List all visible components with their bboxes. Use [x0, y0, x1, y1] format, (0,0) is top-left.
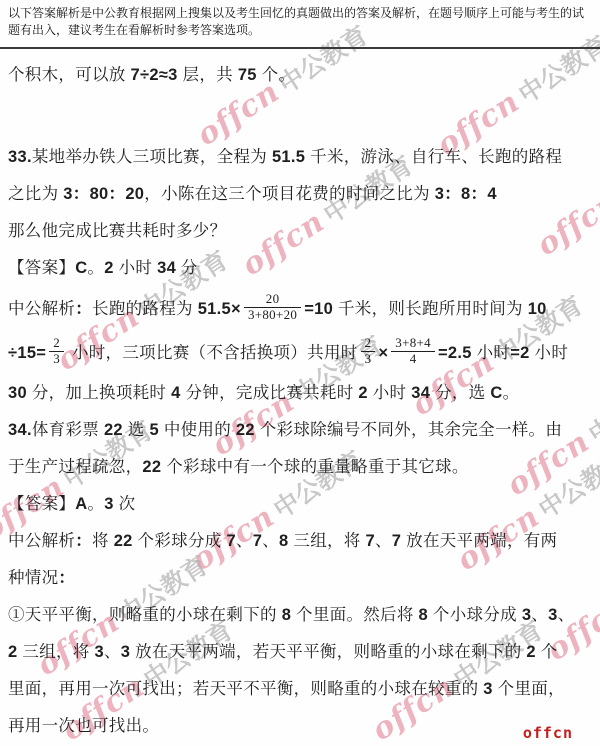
text-run: 个里面。然后将 — [291, 606, 418, 624]
header-notice: 以下答案解析是中公教育根据网上搜集以及考生回忆的真题做出的答案及解析，在题号顺序… — [0, 0, 600, 47]
text-run: 。 — [87, 495, 104, 513]
emphasized-number: 2 — [104, 259, 113, 277]
emphasized-number: 22 — [236, 421, 255, 439]
emphasized-number: 3 — [121, 643, 130, 661]
text-run: 千米，则长跑所用时间为 — [333, 300, 528, 318]
fraction-numerator: 3+8+4 — [391, 336, 435, 352]
emphasized-number: 3 — [94, 643, 103, 661]
text-run: 层，共 — [178, 66, 238, 84]
text-line: 再用一次也可找出。 — [8, 708, 592, 745]
emphasized-number: 2 — [358, 384, 367, 402]
emphasized-number: =10 — [304, 300, 333, 318]
text-run: 体育彩票 — [32, 421, 104, 439]
exam-answer-page: offcn中公教育offcn中公教育offcn中公教育offcn中公教育offc… — [0, 0, 600, 746]
emphasized-number: =2 — [510, 344, 529, 362]
emphasized-number: 34 — [411, 384, 430, 402]
text-line: 中公解析：长跑的路程为 51.5×203+80+20=10 千米，则长跑所用时间… — [8, 287, 592, 331]
fraction-denominator: 3 — [361, 352, 376, 367]
emphasized-number: 7 — [253, 532, 262, 550]
text-run: 中使用的 — [159, 421, 236, 439]
emphasized-number: 3 — [483, 680, 492, 698]
fraction-denominator: 3+80+20 — [244, 308, 301, 323]
text-line: 个积木，可以放 7÷2≈3 层，共 75 个。 — [8, 57, 592, 94]
emphasized-number: 10 — [528, 300, 547, 318]
text-run: 千米，游泳、自行车、长跑的路程 — [305, 148, 562, 166]
text-run: 分钟，完成比赛共耗时 — [181, 384, 359, 402]
text-run: 选 — [123, 421, 150, 439]
text-run: 次 — [114, 495, 136, 513]
text-run: 、 — [558, 606, 575, 624]
text-run: 放在天平两端，有两 — [401, 532, 557, 550]
text-run: 小时，三项比赛（不含括换项）共用时 — [67, 344, 357, 362]
text-line: 30 分，加上换项耗时 4 分钟，完成比赛共耗时 2 小时 34 分，选 C。 — [8, 375, 592, 412]
emphasized-number: 3：8：4 — [435, 185, 497, 203]
emphasized-number: 7 — [226, 532, 235, 550]
emphasized-number: 22 — [114, 532, 133, 550]
emphasized-number: 4 — [171, 384, 180, 402]
emphasized-number: C — [490, 384, 502, 402]
emphasized-number: 2 — [526, 643, 535, 661]
text-run: 小时 — [368, 384, 411, 402]
fraction-numerator: 2 — [49, 336, 64, 352]
emphasized-number: 33. — [8, 148, 32, 166]
text-run: 于生产过程疏忽， — [8, 458, 142, 476]
emphasized-number: 22 — [142, 458, 161, 476]
emphasized-number: ： — [58, 569, 75, 587]
text-run: 。 — [87, 259, 104, 277]
fraction-numerator: 2 — [361, 336, 376, 352]
emphasized-number: ： — [75, 300, 92, 318]
fraction-denominator: 3 — [49, 352, 64, 367]
emphasized-number: 3 — [548, 606, 557, 624]
text-run: 个彩球除编号不同外，其余完全一样。由 — [255, 421, 562, 439]
text-run: 、 — [104, 643, 121, 661]
text-line: ÷15=23 小时，三项比赛（不含括换项）共用时23×3+8+44=2.5 小时… — [8, 331, 592, 375]
text-line: 那么他完成比赛共耗时多少？ — [8, 213, 592, 250]
text-run: 某地举办铁人三项比赛，全程为 — [32, 148, 272, 166]
text-line: 【答案】A。3 次 — [8, 486, 592, 523]
emphasized-number: 34. — [8, 421, 32, 439]
text-run: 三组，将 — [17, 643, 94, 661]
text-run: 、 — [531, 606, 548, 624]
text-run: ①天平平衡，则略重的小球在剩下的 — [8, 606, 282, 624]
text-run: 中公解析 — [8, 300, 75, 318]
text-run: 分，选 — [430, 384, 490, 402]
emphasized-number: ： — [75, 532, 92, 550]
text-line: 于生产过程疏忽，22 个彩球中有一个球的重量略重于其它球。 — [8, 449, 592, 486]
footer-brand-logo: offcn — [523, 724, 573, 742]
fraction: 203+80+20 — [244, 292, 301, 323]
fraction-denominator: 4 — [391, 352, 435, 367]
text-line: 之比为 3：80：20，小陈在这三个项目花费的时间之比为 3：8：4 — [8, 176, 592, 213]
fraction: 23 — [49, 336, 64, 367]
text-line: 33.某地举办铁人三项比赛，全程为 51.5 千米，游泳、自行车、长跑的路程 — [8, 139, 592, 176]
text-run: 个积木，可以放 — [8, 66, 130, 84]
document-body: 个积木，可以放 7÷2≈3 层，共 75 个。33.某地举办铁人三项比赛，全程为… — [0, 49, 600, 745]
emphasized-number: 8 — [419, 606, 428, 624]
text-run: 种情况 — [8, 569, 58, 587]
emphasized-number: 22 — [104, 421, 123, 439]
text-line: 【答案】C。2 小时 34 分 — [8, 250, 592, 287]
text-run: 分 — [176, 259, 198, 277]
text-run: 将 — [92, 532, 114, 550]
text-line: 2 三组，将 3、3 放在天平两端，若天平平衡，则略重的小球在剩下的 2 个 — [8, 634, 592, 671]
text-line: ①天平平衡，则略重的小球在剩下的 8 个里面。然后将 8 个小球分成 3、3、 — [8, 597, 592, 634]
emphasized-number: 7 — [365, 532, 374, 550]
emphasized-number: 75 — [238, 66, 257, 84]
emphasized-number: A — [75, 495, 87, 513]
text-line: 中公解析：将 22 个彩球分成 7、7、8 三组，将 7、7 放在天平两端，有两 — [8, 523, 592, 560]
emphasized-number: 7÷2≈3 — [130, 66, 177, 84]
emphasized-number: 8 — [282, 606, 291, 624]
emphasized-number: 51.5× — [198, 300, 241, 318]
text-run: ，小陈在这三个项目花费的时间之比为 — [144, 185, 434, 203]
text-run: 那么他完成比赛共耗时多少？ — [8, 222, 226, 240]
text-run: 、 — [236, 532, 253, 550]
text-run: 个。 — [257, 66, 295, 84]
text-run: 个小球分成 — [428, 606, 522, 624]
text-run: 之比为 — [8, 185, 63, 203]
text-run: 三组，将 — [289, 532, 366, 550]
emphasized-number: 30 — [8, 384, 27, 402]
emphasized-number: 5 — [149, 421, 158, 439]
text-run: 个里面， — [493, 680, 565, 698]
text-run: 小时 — [472, 344, 510, 362]
text-run: 长跑的路程为 — [92, 300, 198, 318]
text-run: 里面，再用一次可找出；若天平不平衡，则略重的小球在较重的 — [8, 680, 483, 698]
emphasized-number: ÷15= — [8, 344, 46, 362]
text-run: 【答案】 — [8, 259, 75, 277]
emphasized-number: 7 — [392, 532, 401, 550]
text-run: 分，加上换项耗时 — [27, 384, 171, 402]
fraction: 3+8+44 — [391, 336, 435, 367]
text-line: 里面，再用一次可找出；若天平不平衡，则略重的小球在较重的 3 个里面， — [8, 671, 592, 708]
text-run: 个彩球分成 — [133, 532, 227, 550]
emphasized-number: 3 — [104, 495, 113, 513]
text-run: 。 — [503, 384, 520, 402]
text-run: 【答案】 — [8, 495, 75, 513]
text-run: 放在天平两端，若天平平衡，则略重的小球在剩下的 — [130, 643, 526, 661]
text-run: 个 — [536, 643, 558, 661]
text-run: 个彩球中有一个球的重量略重于其它球。 — [161, 458, 468, 476]
text-run: 中公解析 — [8, 532, 75, 550]
text-line: 34.体育彩票 22 选 5 中使用的 22 个彩球除编号不同外，其余完全一样。… — [8, 412, 592, 449]
emphasized-number: =2.5 — [438, 344, 472, 362]
emphasized-number: C — [75, 259, 87, 277]
emphasized-number: 34 — [157, 259, 176, 277]
text-run: 再用一次也可找出。 — [8, 717, 159, 735]
text-run: 小时 — [114, 259, 157, 277]
text-line: 种情况： — [8, 560, 592, 597]
emphasized-number: 3：80：20 — [63, 185, 144, 203]
emphasized-number: 3 — [522, 606, 531, 624]
emphasized-number: 8 — [279, 532, 288, 550]
fraction-numerator: 20 — [244, 292, 301, 308]
fraction: 23 — [361, 336, 376, 367]
emphasized-number: × — [378, 344, 388, 362]
text-run: 、 — [262, 532, 279, 550]
emphasized-number: 51.5 — [272, 148, 305, 166]
text-run: 小时 — [530, 344, 568, 362]
text-run: 、 — [375, 532, 392, 550]
